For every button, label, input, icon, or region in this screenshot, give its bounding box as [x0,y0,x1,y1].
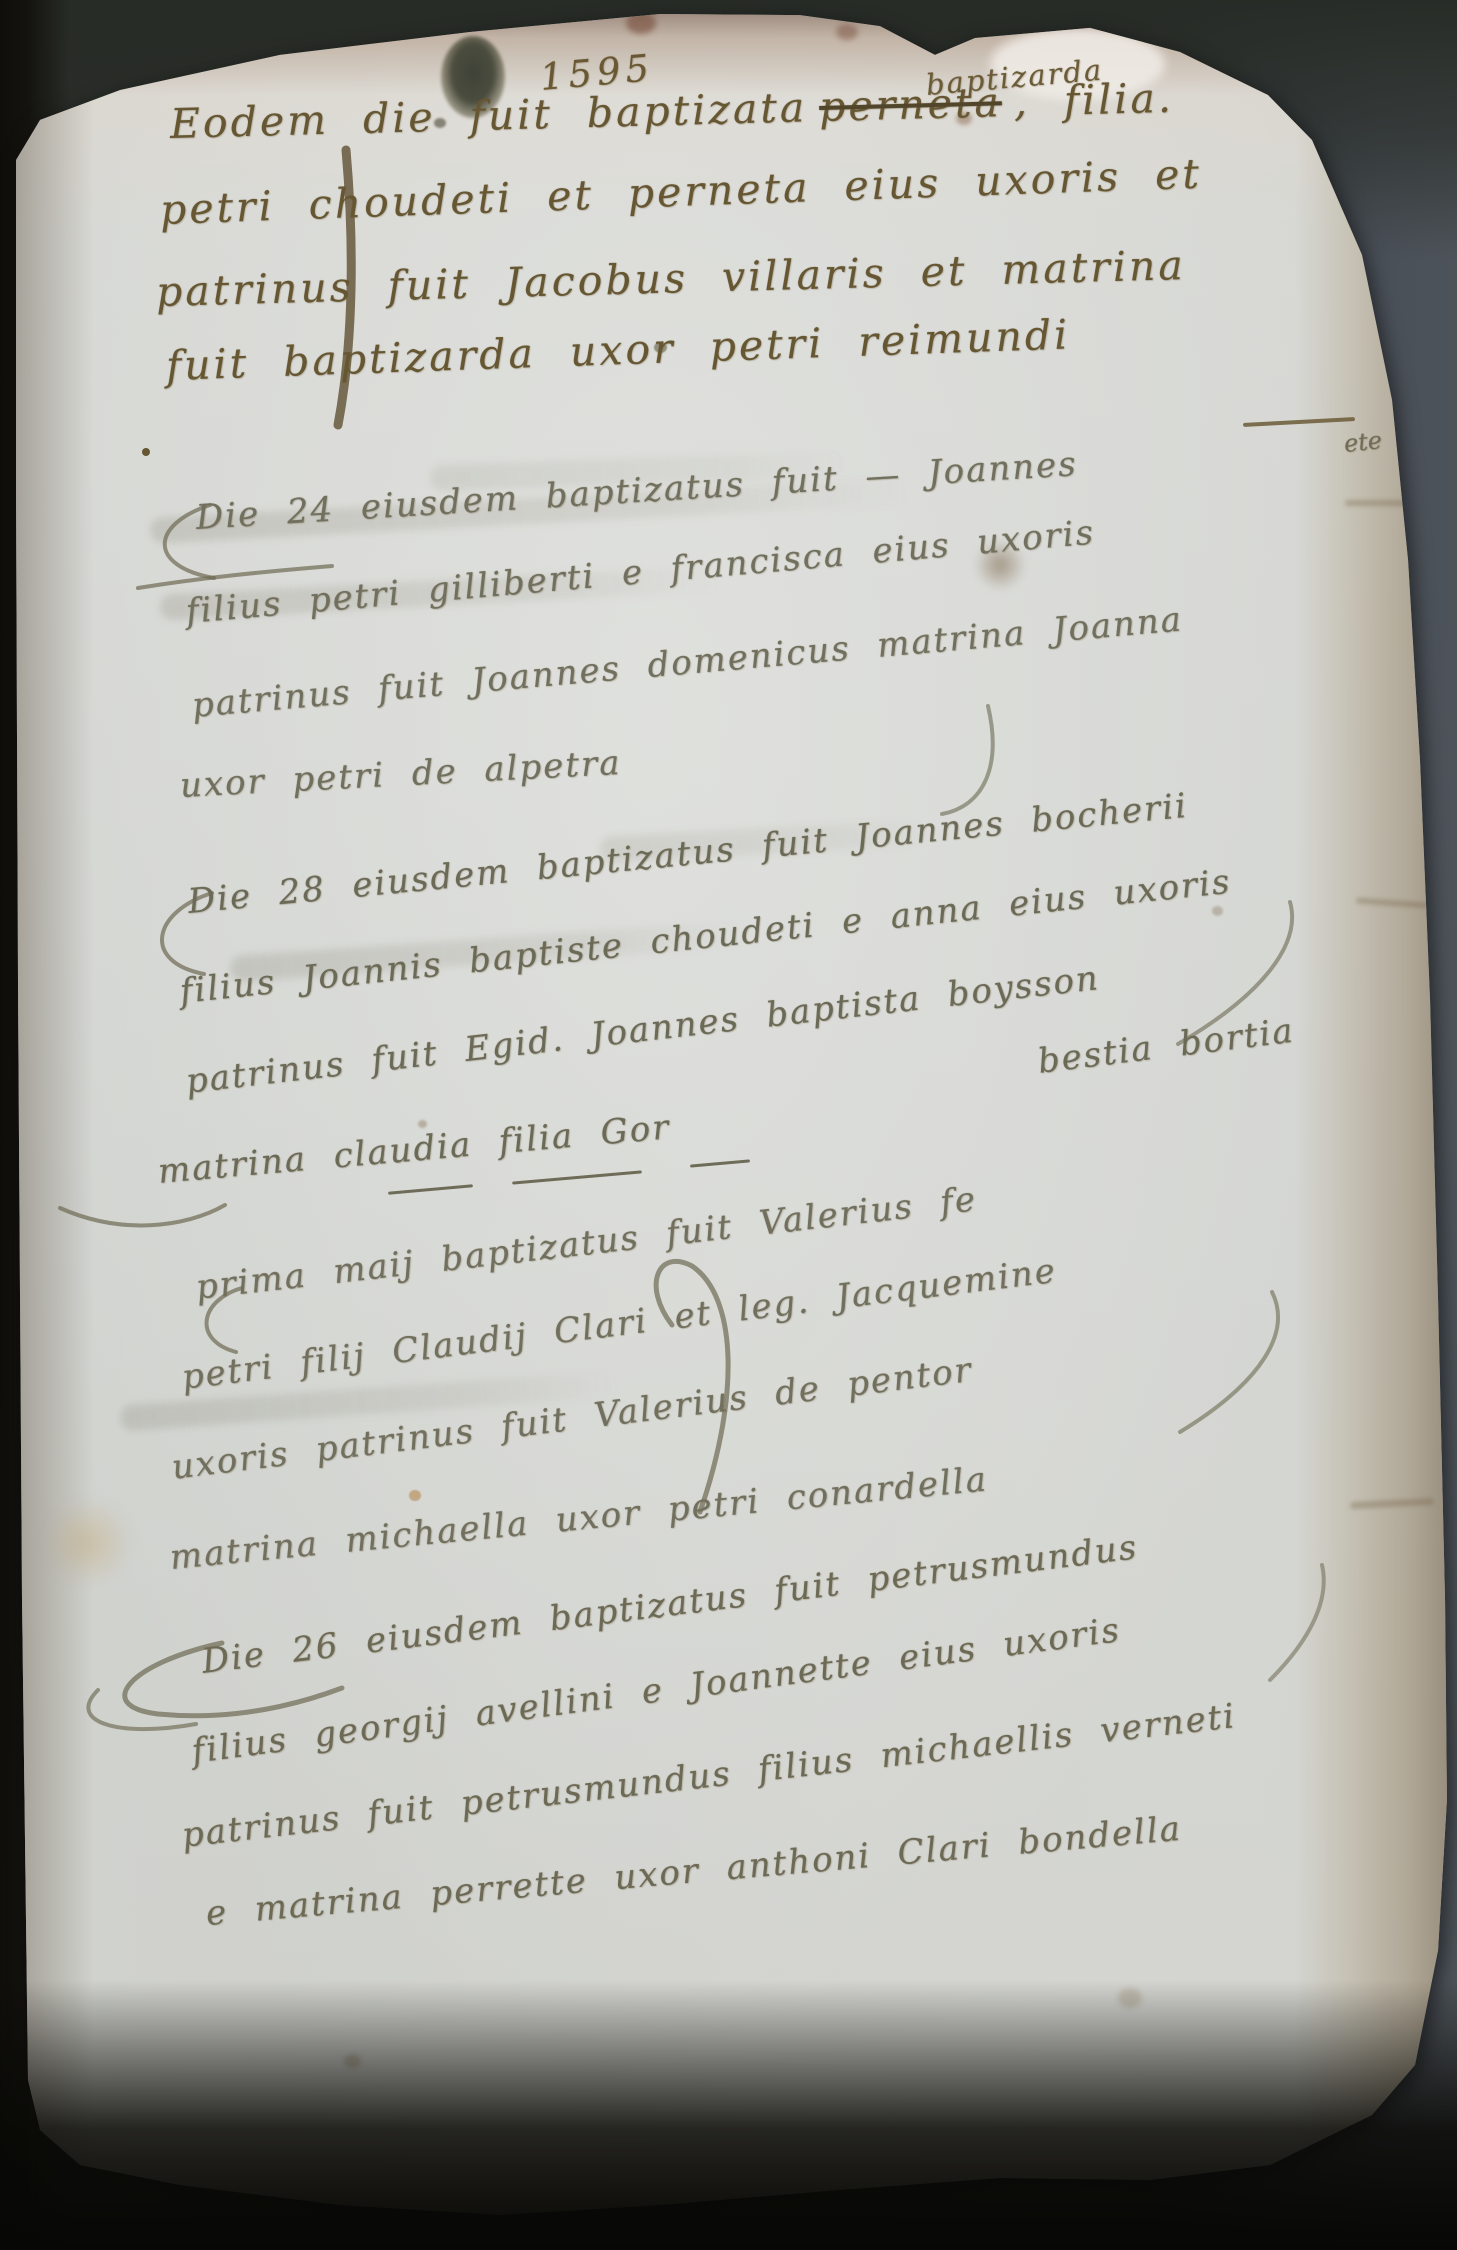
page: 1595 baptizarda Eodem die fuit baptizata… [0,0,1457,2250]
margin-dot [142,448,150,456]
struck-out-word: perneta [819,78,1003,131]
page-shadow-wrap: 1595 baptizarda Eodem die fuit baptizata… [0,0,1457,2250]
photo-of-register-page: 1595 baptizarda Eodem die fuit baptizata… [0,0,1457,2250]
right-margin-mark: ete [1343,426,1384,458]
entry-1-line-1-post: , filia. [1013,74,1174,126]
background-bottom [0,1980,1457,2250]
